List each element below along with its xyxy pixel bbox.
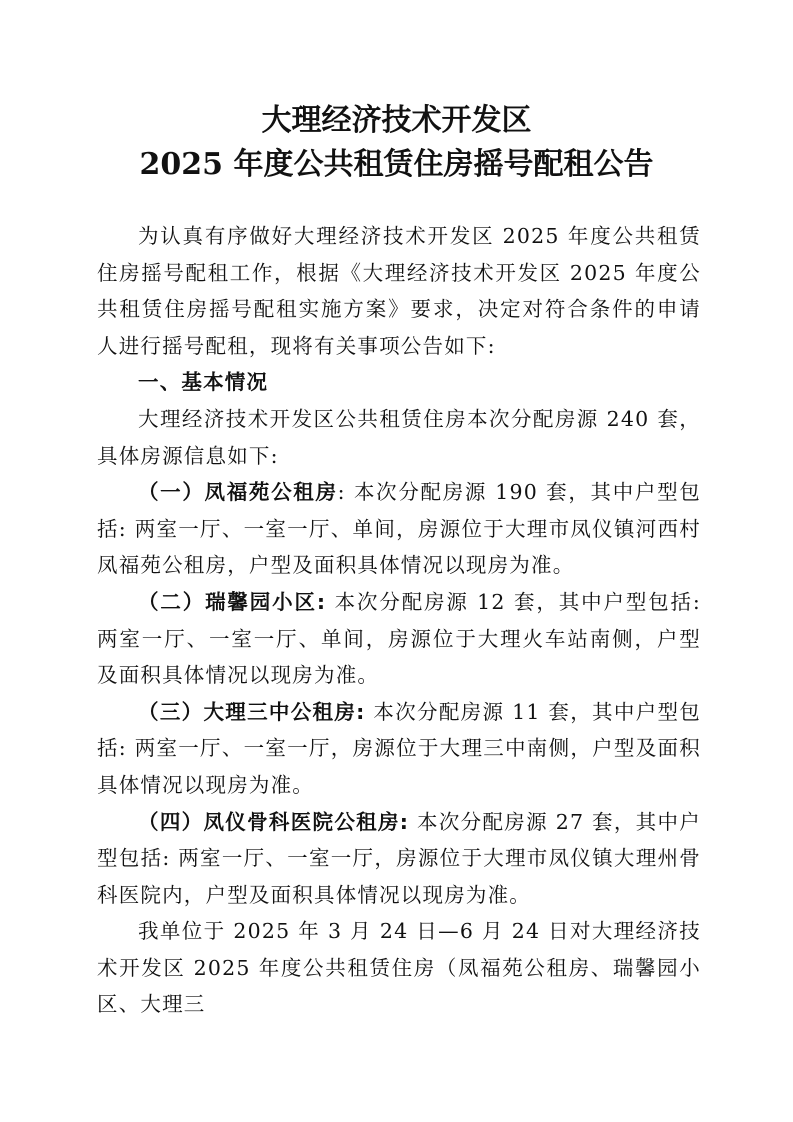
housing-item-3: （三）大理三中公租房: 本次分配房源 11 套，其中户型包括: 两室一厅、一室一… bbox=[97, 694, 701, 804]
intro-paragraph: 为认真有序做好大理经济技术开发区 2025 年度公共租赁住房摇号配租工作，根据《… bbox=[97, 218, 701, 364]
housing-item-4: （四）凤仪骨科医院公租房: 本次分配房源 27 套，其中户型包括: 两室一厅、一… bbox=[97, 804, 701, 914]
section1-summary: 大理经济技术开发区公共租赁住房本次分配房源 240 套，具体房源信息如下: bbox=[97, 401, 701, 474]
housing-item-label: （四）凤仪骨科医院公租房: bbox=[138, 810, 409, 834]
housing-item-label: （三）大理三中公租房: bbox=[138, 700, 366, 724]
document-body: 为认真有序做好大理经济技术开发区 2025 年度公共租赁住房摇号配租工作，根据《… bbox=[97, 218, 701, 1023]
housing-item-label: （一）凤福苑公租房 bbox=[138, 480, 338, 504]
housing-item-1: （一）凤福苑公租房: 本次分配房源 190 套，其中户型包括: 两室一厅、一室一… bbox=[97, 474, 701, 584]
housing-item-2: （二）瑞馨园小区: 本次分配房源 12 套，其中户型包括: 两室一厅、一室一厅、… bbox=[97, 584, 701, 694]
document-page: 大理经济技术开发区 2025 年度公共租赁住房摇号配租公告 为认真有序做好大理经… bbox=[0, 0, 793, 1122]
housing-item-label: （二）瑞馨园小区: bbox=[138, 590, 326, 614]
document-title-line1: 大理经济技术开发区 bbox=[0, 101, 793, 141]
closing-paragraph: 我单位于 2025 年 3 月 24 日—6 月 24 日对大理经济技术开发区 … bbox=[97, 913, 701, 1023]
document-title-line2: 2025 年度公共租赁住房摇号配租公告 bbox=[0, 145, 793, 185]
section-heading-basic-info: 一、基本情况 bbox=[97, 364, 701, 401]
